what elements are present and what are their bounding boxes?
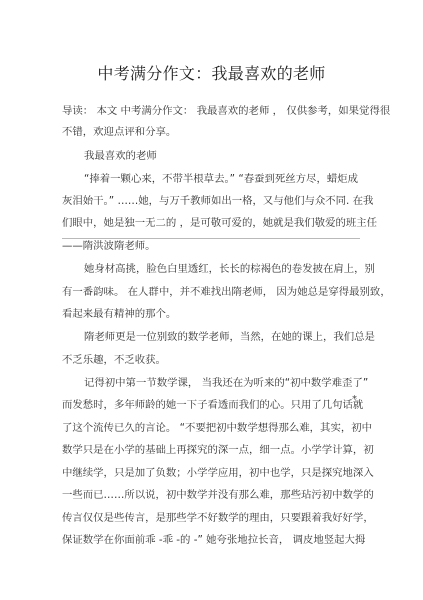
paragraph-line: 而发愁时，多年师龄的她一下子看透而我们的心。只用了几句话就 [62, 398, 363, 412]
intro-line: 导读： 本文 中考满分作文： 我最喜欢的老师 ， 仅供参考，如果觉得很 [62, 104, 390, 118]
paragraph-line: 灰泪始干。” ……她，与万千教师如出一格，又与他们与众不同. 在我 [62, 194, 373, 208]
paragraph-line: “捧着一颗心来，不带半根草去。” “春蚕到死丝方尽，蜡炬成 [84, 172, 358, 186]
paragraph-line: 们眼中，她是独一无二的 ，是可敬可爱的，她就是我们敬爱的班主任 [62, 216, 377, 230]
essay-subtitle: 我最喜欢的老师 [84, 149, 157, 163]
paragraph-line: 不乏乐趣，不乏收获。 [62, 353, 166, 367]
paragraph-line: 一些而已……所以说，初中数学并没有那么难，那些玷污初中数学的 [62, 488, 374, 502]
margin-mark: * [352, 395, 357, 405]
document-page: 中考满分作文：我最喜欢的老师 导读： 本文 中考满分作文： 我最喜欢的老师 ， … [0, 0, 423, 600]
paragraph-line: ——隋洪波隋老师。 [62, 239, 156, 253]
paragraph-line: 有一番韵味。 在人群中，并不难找出隋老师， 因为她总是穿得最别致， [62, 285, 391, 299]
paragraph-line: 中继续学，只是加了负数；小学学应用，初中也学，只是探究地深入 [62, 466, 374, 480]
paragraph-line: 看起来最有精神的那个。 [62, 307, 176, 321]
document-title: 中考满分作文：我最喜欢的老师 [0, 64, 423, 84]
paragraph-line: 传言仅仅是些传言，是那些学不好数学的理由，只要跟着我好好学， [62, 511, 374, 525]
paragraph-line: 保证数学在你面前乖 -乖 -的 -” 她夸张地拉长音， 调皮地竖起大拇 [62, 533, 365, 547]
paragraph-line: 隋老师更是一位别致的数学老师，当然，在她的课上，我们总是 [84, 330, 375, 344]
paragraph-line: 数学只是在小学的基础上再探究的深一点，细一点。小学学计算，初 [62, 443, 374, 457]
paragraph-line: 她身材高挑，脸色白里透红，长长的棕褐色的卷发披在肩上，别 [84, 262, 375, 276]
paragraph-line: 记得初中第一节数学课， 当我还在为听来的“初中数学难歪了” [84, 376, 368, 390]
paragraph-line: 了这个流传已久的言论。 “不要把初中数学想得那么难，其实，初中 [62, 421, 372, 435]
intro-line: 不错，欢迎点评和分享。 [62, 125, 176, 139]
